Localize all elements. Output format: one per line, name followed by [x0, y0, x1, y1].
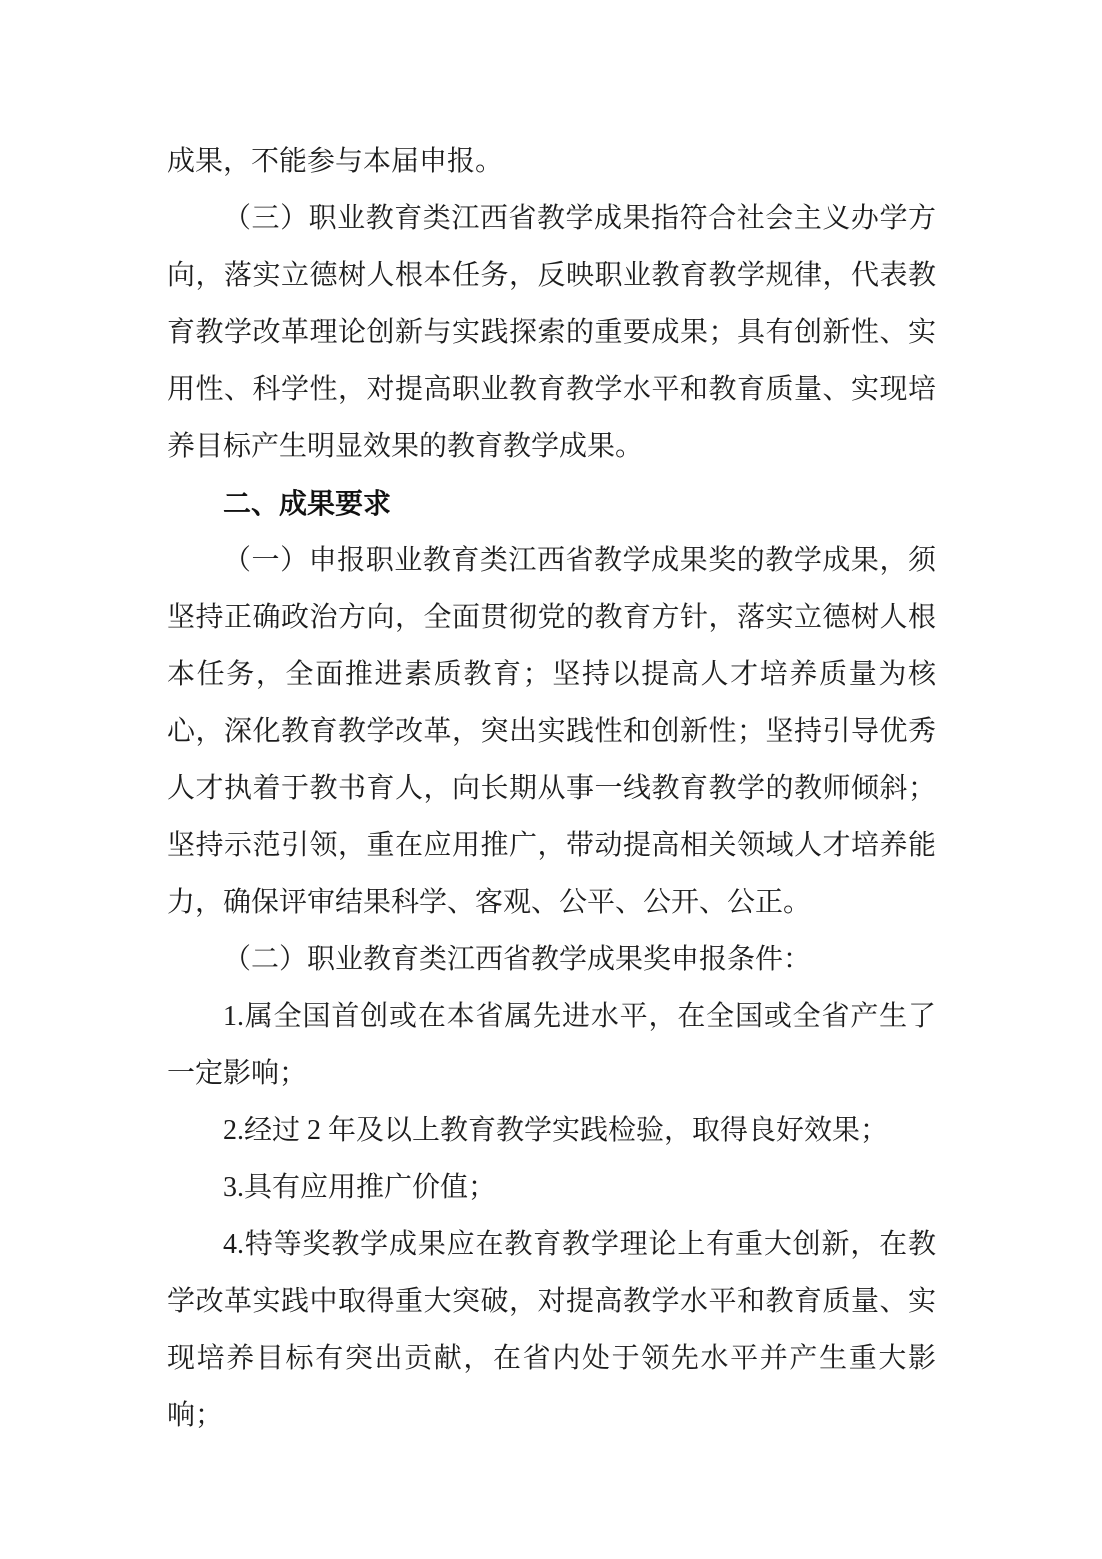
document-body: 成果，不能参与本届申报。 （三）职业教育类江西省教学成果指符合社会主义办学方向，…	[167, 133, 936, 1444]
paragraph-continuation: 成果，不能参与本届申报。	[167, 133, 936, 190]
paragraph-condition-2: 2.经过 2 年及以上教育教学实践检验，取得良好效果；	[167, 1102, 936, 1159]
paragraph-condition-1: 1.属全国首创或在本省属先进水平，在全国或全省产生了一定影响；	[167, 988, 936, 1102]
document-page: 成果，不能参与本届申报。 （三）职业教育类江西省教学成果指符合社会主义办学方向，…	[0, 0, 1102, 1559]
paragraph-condition-4: 4.特等奖教学成果应在教育教学理论上有重大创新，在教学改革实践中取得重大突破，对…	[167, 1216, 936, 1444]
paragraph-item-1: （一）申报职业教育类江西省教学成果奖的教学成果，须坚持正确政治方向，全面贯彻党的…	[167, 532, 936, 931]
paragraph-condition-3: 3.具有应用推广价值；	[167, 1159, 936, 1216]
paragraph-item-3: （三）职业教育类江西省教学成果指符合社会主义办学方向，落实立德树人根本任务，反映…	[167, 190, 936, 475]
paragraph-item-2: （二）职业教育类江西省教学成果奖申报条件：	[167, 931, 936, 988]
section-heading-2: 二、成果要求	[167, 475, 936, 532]
